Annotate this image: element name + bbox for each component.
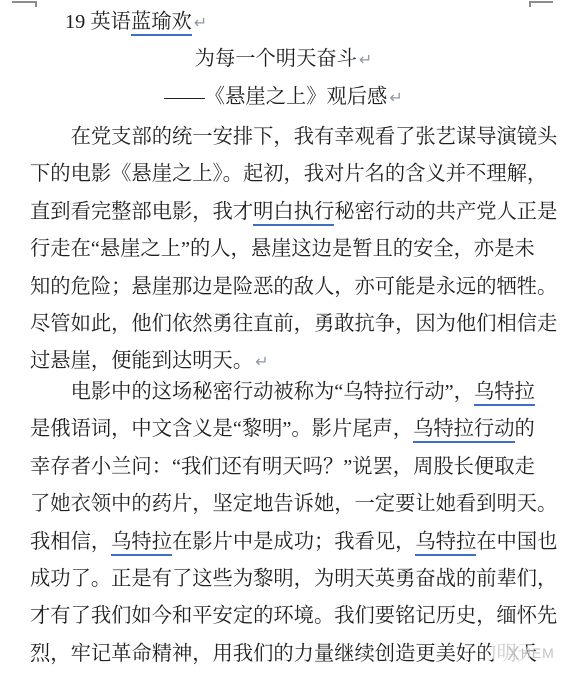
essay-line: 幸存者小兰问：“我们还有明天吗？”说罢，周股长便取走	[30, 456, 560, 479]
body-text: 才有了我们如今和平安定的环境。我们要铭记历史，缅怀先	[30, 605, 557, 627]
essay-line: 知的危险；悬崖那边是险恶的敌人，亦可能是永远的牺牲。	[30, 276, 560, 299]
underlined-text: 乌特拉	[415, 531, 476, 556]
body-text: 了她衣领中的药片，坚定地告诉她，一定要让她看到明天。	[30, 493, 557, 515]
body-text: 在党支部的统一安排下，我有幸观看了张艺谋导演镜头	[71, 126, 558, 148]
essay-line: 才有了我们如今和平安定的环境。我们要铭记历史，缅怀先	[30, 605, 560, 628]
body-text: 知的危险；悬崖那边是险恶的敌人，亦可能是永远的牺牲。	[30, 276, 557, 298]
essay-line: 烈，牢记革命精神，用我们的力量继续创造更美好的明天	[30, 643, 560, 666]
crop-mark-top-left-horizontal	[12, 1, 37, 3]
watermark: XHEM	[507, 644, 555, 666]
underlined-text: 乌特拉	[474, 381, 535, 406]
body-text: 是俄语词，中文含义是“黎明”。影片尾声，	[30, 418, 413, 440]
paragraph-mark: ↵	[255, 352, 268, 371]
body-text: 幸存者小兰问：“我们还有明天吗？”说罢，周股长便取走	[30, 456, 535, 478]
essay-line: 过悬崖，便能到达明天。↵	[30, 350, 560, 373]
underlined-text: 乌特拉	[111, 531, 172, 556]
essay-line: 成功了。正是有了这些为黎明，为明天英勇奋战的前辈们，	[30, 568, 560, 591]
essay-title: 为每一个明天奋斗↵	[0, 48, 567, 71]
essay-line: 是俄语词，中文含义是“黎明”。影片尾声，乌特拉行动的	[30, 418, 560, 441]
paragraph-mark: ↵	[359, 50, 372, 69]
essay-line: 电影中的这场秘密行动被称为“乌特拉行动”，乌特拉	[30, 381, 567, 404]
document-page: 19 英语蓝瑜欢↵ 为每一个明天奋斗↵ ——《悬崖之上》观后感↵ 在党支部的统一…	[0, 0, 567, 680]
paragraph-mark: ↵	[389, 88, 402, 107]
essay-line: 尽管如此，他们依然勇往直前，勇敢抗争，因为他们相信走	[30, 313, 560, 336]
essay-line: 下的电影《悬崖之上》。起初，我对片名的含义并不理解，	[30, 163, 560, 186]
essay-subtitle-text: ——《悬崖之上》观后感	[164, 86, 387, 108]
body-text: 秘密行动的共产党人正是	[334, 201, 557, 223]
body-text: 烈，牢记革命精神，用我们的力量继续创造更美好的明天	[30, 643, 537, 665]
body-text: 在中国也	[476, 531, 557, 553]
body-text: 下的电影《悬崖之上》。起初，我对片名的含义并不理解，	[30, 163, 547, 185]
underlined-text: 乌特拉行动	[413, 418, 514, 443]
body-text: 过悬崖，便能到达明天。	[30, 350, 253, 372]
crop-mark-top-right-horizontal	[529, 1, 553, 3]
body-text: 直到看完整部电影，我才	[30, 201, 253, 223]
crop-mark-top-left-vertical	[35, 1, 37, 7]
body-text: 尽管如此，他们依然勇往直前，勇敢抗争，因为他们相信走	[30, 313, 557, 335]
watermark-initial: X	[507, 644, 521, 665]
essay-line: 在党支部的统一安排下，我有幸观看了张艺谋导演镜头	[30, 126, 567, 149]
crop-mark-top-right-vertical	[529, 1, 531, 7]
essay-line: 行走在“悬崖之上”的人，悬崖这边是暂且的安全，亦是未	[30, 238, 560, 261]
essay-line: 直到看完整部电影，我才明白执行秘密行动的共产党人正是	[30, 201, 560, 224]
body-text: 的	[515, 418, 535, 440]
essay-subtitle: ——《悬崖之上》观后感↵	[0, 86, 567, 109]
body-text: 行走在“悬崖之上”的人，悬崖这边是暂且的安全，亦是未	[30, 238, 535, 260]
body-text: 成功了。正是有了这些为黎明，为明天英勇奋战的前辈们，	[30, 568, 557, 590]
underlined-text: 明白执行	[253, 201, 334, 226]
body-text: 在影片中是成功；我看见，	[172, 531, 415, 553]
underlined-text: 蓝瑜欢	[131, 11, 192, 36]
paragraph-mark: ↵	[194, 13, 207, 32]
essay-line: 了她衣领中的药片，坚定地告诉她，一定要让她看到明天。	[30, 493, 560, 516]
essay-line: 我相信，乌特拉在影片中是成功；我看见，乌特拉在中国也	[30, 531, 560, 554]
essay-title-text: 为每一个明天奋斗	[195, 48, 357, 70]
body-text: 电影中的这场秘密行动被称为“乌特拉行动”，	[71, 381, 474, 403]
student-info-line: 19 英语蓝瑜欢↵	[65, 11, 555, 34]
body-text: 19 英语	[65, 11, 131, 33]
body-text: 我相信，	[30, 531, 111, 553]
